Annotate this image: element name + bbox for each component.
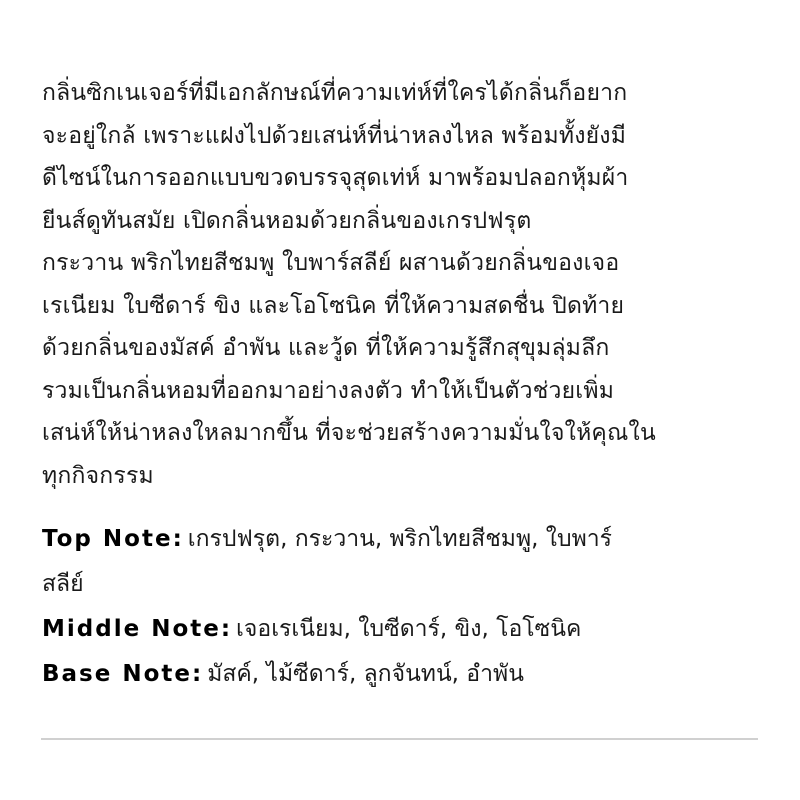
- description-line: รวมเป็นกลิ่นหอมที่ออกมาอย่างลงตัว ทำให้เ…: [42, 378, 614, 404]
- middle-note-colon: :: [221, 616, 230, 642]
- base-note-value: มัสค์, ไม้ซีดาร์, ลูกจันทน์, อำพัน: [207, 661, 524, 687]
- product-description: กลิ่นซิกเนเจอร์ที่มีเอกลักษณ์ที่ความเท่ห…: [42, 72, 764, 497]
- top-note-value-continued: สลีย์: [42, 571, 84, 597]
- description-line: จะอยู่ใกล้ เพราะแฝงไปด้วยเสน่ห์ที่น่าหลง…: [42, 123, 626, 149]
- base-note-colon: :: [192, 661, 201, 687]
- section-divider: [41, 738, 758, 740]
- description-line: กระวาน พริกไทยสีชมพู ใบพาร์สลีย์ ผสานด้ว…: [42, 250, 619, 276]
- top-note-colon: :: [173, 526, 182, 552]
- fragrance-notes: Top Note:เกรปฟรุต, กระวาน, พริกไทยสีชมพู…: [42, 517, 764, 697]
- description-line: เสน่ห์ให้น่าหลงใหลมากขึ้น ที่จะช่วยสร้าง…: [42, 420, 656, 446]
- middle-note-label: Middle Note: [42, 616, 221, 642]
- description-line: ด้วยกลิ่นของมัสค์ อำพัน และวู้ด ที่ให้คว…: [42, 335, 610, 361]
- top-note: Top Note:เกรปฟรุต, กระวาน, พริกไทยสีชมพู…: [42, 517, 764, 607]
- description-line: ยีนส์ดูทันสมัย เปิดกลิ่นหอมด้วยกลิ่นของเ…: [42, 208, 531, 234]
- base-note-label: Base Note: [42, 661, 192, 687]
- description-line: ทุกกิจกรรม: [42, 463, 154, 489]
- description-line: เรเนียม ใบซีดาร์ ขิง และโอโซนิค ที่ให้คว…: [42, 293, 624, 319]
- description-line: ดีไซน์ในการออกแบบขวดบรรจุสุดเท่ห์ มาพร้อ…: [42, 165, 629, 191]
- base-note: Base Note:มัสค์, ไม้ซีดาร์, ลูกจันทน์, อ…: [42, 652, 764, 697]
- middle-note-value: เจอเรเนียม, ใบซีดาร์, ขิง, โอโซนิค: [236, 616, 581, 642]
- middle-note: Middle Note:เจอเรเนียม, ใบซีดาร์, ขิง, โ…: [42, 607, 764, 652]
- product-description-section: กลิ่นซิกเนเจอร์ที่มีเอกลักษณ์ที่ความเท่ห…: [42, 72, 764, 697]
- description-line: กลิ่นซิกเนเจอร์ที่มีเอกลักษณ์ที่ความเท่ห…: [42, 80, 627, 106]
- top-note-label: Top Note: [42, 526, 173, 552]
- top-note-value: เกรปฟรุต, กระวาน, พริกไทยสีชมพู, ใบพาร์: [188, 526, 612, 552]
